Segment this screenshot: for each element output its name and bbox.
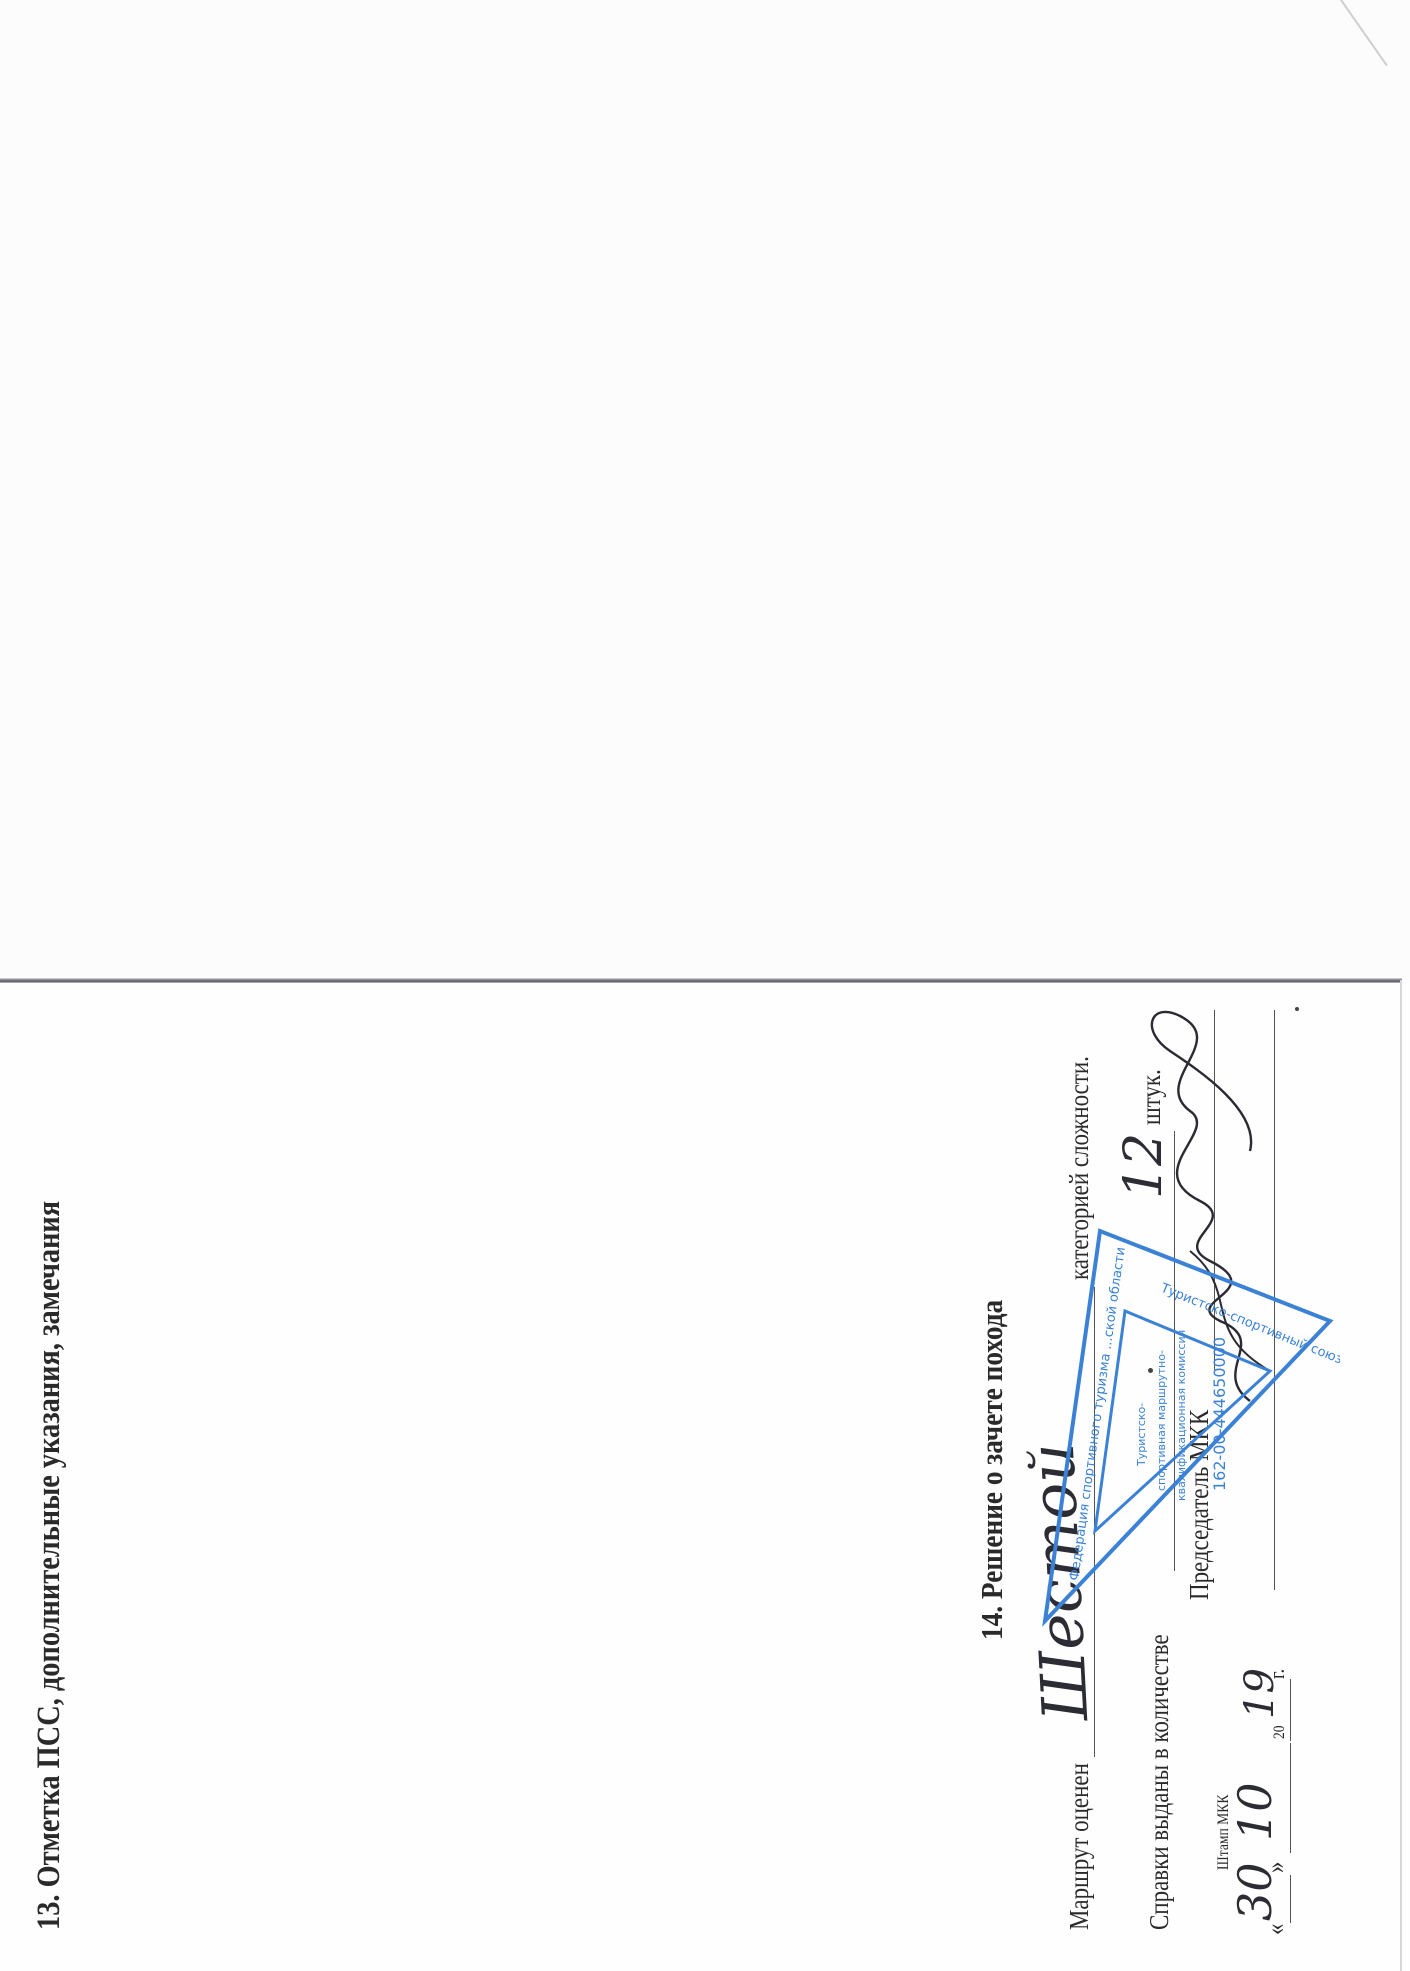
route-label: Маршрут оценен (1066, 1763, 1093, 1930)
date-day-underline (1290, 1875, 1291, 1923)
rotated-document-page: 13. Отметка ПСС, дополнительные указания… (0, 0, 1410, 1971)
date-year-underline (1290, 1679, 1291, 1741)
certificates-label: Справки выданы в количестве (1146, 1634, 1173, 1930)
date-month-handwritten: 10 (1232, 1782, 1278, 1841)
sheet-fold-edge (0, 978, 1402, 983)
stamp-inner-line-2: спортивная маршрутно- (1155, 1350, 1168, 1491)
stamp-inner-line-3: квалификационная комиссия (1175, 1330, 1188, 1501)
date-close-quote: » (1262, 1862, 1289, 1873)
date-year-unit: г. (1266, 1669, 1288, 1679)
date-month-underline (1290, 1743, 1291, 1853)
section-14-heading: 14. Решение о зачете похода (976, 1300, 1007, 1640)
sheet-edge (1400, 980, 1402, 1971)
stamp-code: 162-00-444650000 (1210, 1337, 1229, 1491)
ink-dot (1295, 1007, 1299, 1011)
mkk-triangle-stamp: Федерация спортивного туризма ...ской об… (1040, 1221, 1340, 1641)
date-open-quote: « (1262, 1924, 1289, 1935)
ink-dot (1148, 1368, 1153, 1373)
date-year-prefix: 20 (1272, 1725, 1288, 1739)
stamp-inner-line-1: Туристско- (1135, 1403, 1148, 1467)
upper-blank-sheet (0, 0, 1410, 977)
section-13-heading: 13. Отметка ПСС, дополнительные указания… (33, 1201, 66, 1930)
stamp-text-top: Федерация спортивного туризма ...ской об… (1067, 1246, 1129, 1581)
